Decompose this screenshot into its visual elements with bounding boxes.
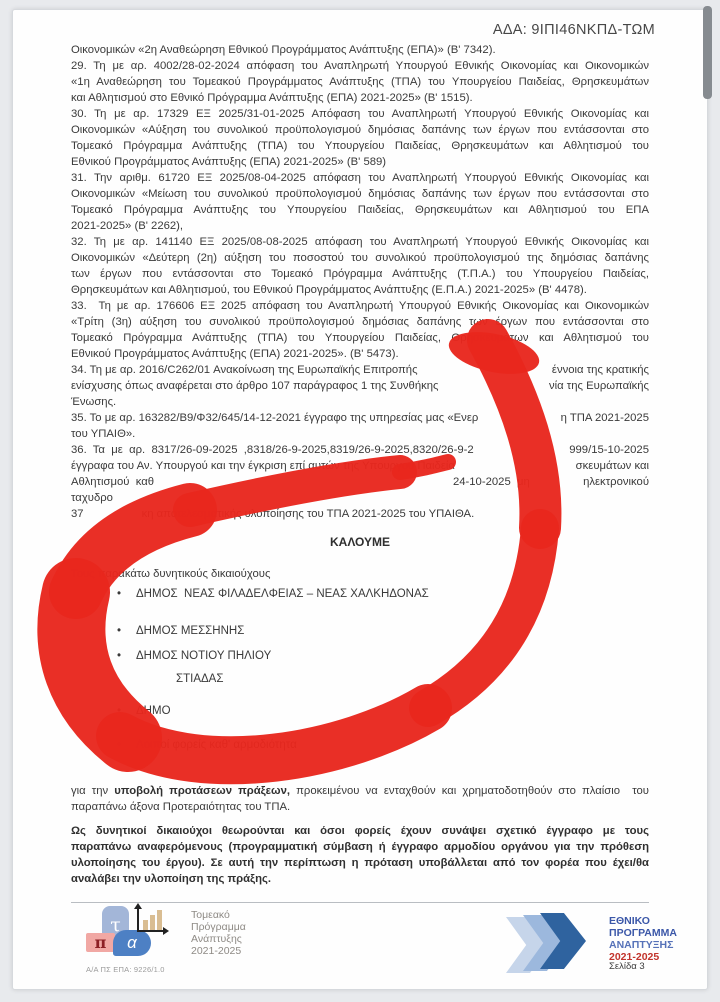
epa-text-line: ΑΝΑΠΤΥΞΗΣ	[609, 939, 677, 951]
paragraph-35: 35. Το με αρ. 163282/Β9/Φ32/645/14-12-20…	[71, 410, 649, 442]
page-number: Σελίδα 3	[609, 961, 645, 972]
document-line: Τομεακό Πρόγραμμα Ανάπτυξης του Υπουργεί…	[71, 202, 649, 218]
document-line: Εθνικού Προγράμματος Ανάπτυξης (ΕΠΑ) 202…	[71, 154, 649, 170]
text-segment: Ένωσης.	[71, 396, 116, 408]
registry-code: Α/Α ΠΣ ΕΠΑ: 9226/1.0	[86, 965, 165, 974]
text-segment: «Τρίτη (3η) αύξηση του συνολικού προϋπολ…	[71, 316, 649, 328]
text-segment: 34. Τη με αρ. 2016/C262/01 Ανακοίνωση τη…	[71, 362, 418, 378]
document-line: Τομεακό Πρόγραμμα Ανάπτυξης (ΤΠΑ) του Υπ…	[71, 330, 649, 346]
paragraph-32: 32. Τη με αρ. 141140 ΕΞ 2025/08-08-2025 …	[71, 234, 649, 298]
epa-text-line: ΕΘΝΙΚΟ	[609, 915, 677, 927]
scrollbar-thumb[interactable]	[703, 6, 712, 99]
epa-text-line: ΠΡΟΓΡΑΜΜΑ	[609, 927, 677, 939]
list-item: •ΔΗΜΟ	[71, 703, 649, 719]
epa-logo-text: ΕΘΝΙΚΟΠΡΟΓΡΑΜΜΑΑΝΑΠΤΥΞΗΣ2021-2025	[609, 915, 677, 963]
document-line: παραπάνω άξονα Προτεραιότητας του ΤΠΑ.	[71, 799, 649, 815]
text-segment: των έργων που εντάσσονται στο Τομεακό Πρ…	[71, 268, 649, 280]
text-segment: νία της Ευρωπαϊκής	[549, 378, 649, 394]
text-segment: Τομεακό Πρόγραμμα Ανάπτυξης (ΤΠΑ) του Υπ…	[71, 332, 649, 344]
text-segment: σκευμάτων και	[576, 458, 649, 474]
text-segment: Τομεακό Πρόγραμμα Ανάπτυξης του Υπουργεί…	[71, 204, 649, 216]
list-item-label: Λοιποί φορείς καθ' αρμοδιότητα	[136, 739, 297, 751]
document-line: «1η Αναθεώρηση του Τομεακού Προγράμματος…	[71, 74, 649, 90]
document-line: έγγραφα του Αν. Υπουργού και την έγκριση…	[71, 458, 649, 474]
text-segment: Οικονομικών «2η Αναθεώρηση Εθνικού Προγρ…	[71, 44, 496, 56]
text-segment: υποβολή προτάσεων πράξεων,	[114, 785, 290, 797]
list-item: •ΔΗΜΟΣ ΝΟΤΙΟΥ ΠΗΛΙΟΥ	[71, 648, 649, 664]
beneficiaries-intro: Τους παρακάτω δυνητικούς δικαιούχους	[71, 566, 649, 582]
text-segment: 2021-2025» (Β' 2262),	[71, 220, 183, 232]
text-segment: 30. Τη με αρ. 17329 ΕΞ 2025/31-01-2025 Α…	[71, 108, 649, 120]
kaloume-heading: ΚΑΛΟΥΜΕ	[71, 534, 649, 550]
document-line: Οικονομικών «2η Αναθεώρηση Εθνικού Προγρ…	[71, 42, 649, 58]
document-line: παραπάνω αναφερόμενους (προγραμματική σύ…	[71, 839, 649, 855]
text-segment: η ΤΠΑ 2021-2025	[561, 410, 649, 426]
list-item-label: ΔΗΜΟΣ ΝΕΑΣ ΦΙΛΑΔΕΛΦΕΙΑΣ – ΝΕΑΣ ΧΑΛΚΗΔΟΝΑ…	[136, 588, 429, 600]
list-item: •ΔΗΜΟΣ ΜΕΣΣΗΝΗΣ	[71, 623, 649, 639]
document-line: 2021-2025» (Β' 2262),	[71, 218, 649, 234]
list-item: ΣΤΙΑΔΑΣ	[71, 671, 649, 687]
document-line: 36. Τα με αρ. 8317/26-09-2025 ,8318/26-9…	[71, 442, 649, 458]
beneficiaries-list: •ΔΗΜΟΣ ΝΕΑΣ ΦΙΛΑΔΕΛΦΕΙΑΣ – ΝΕΑΣ ΧΑΛΚΗΔΟΝ…	[71, 586, 649, 753]
bullet-icon: •	[117, 648, 121, 664]
text-segment: 999/15-10-2025	[569, 442, 649, 458]
text-segment: 36. Τα με αρ. 8317/26-09-2025 ,8318/26-9…	[71, 442, 474, 458]
document-line: ταχυδρο	[71, 490, 649, 506]
tpa-text-line: 2021-2025	[191, 945, 246, 957]
tpa-logo-text: ΤομεακόΠρόγραμμαΑνάπτυξης2021-2025	[191, 909, 246, 957]
document-line: 31. Την αριθμ. 61720 ΕΞ 2025/08-04-2025 …	[71, 170, 649, 186]
list-item-label: ΔΗΜΟΣ ΝΟΤΙΟΥ ΠΗΛΙΟΥ	[136, 650, 271, 662]
document-line: 35. Το με αρ. 163282/Β9/Φ32/645/14-12-20…	[71, 410, 649, 426]
paragraph-30: 30. Τη με αρ. 17329 ΕΞ 2025/31-01-2025 Α…	[71, 106, 649, 170]
document-line: αναλάβει την υλοποίηση της πράξης.	[71, 871, 649, 887]
list-item-label: ΔΗΜΟ	[136, 705, 171, 717]
document-line: «Τρίτη (3η) αύξηση του συνολικού προϋπολ…	[71, 314, 649, 330]
text-segment: Οικονομικών «Αύξηση του συνολικού προϋπο…	[71, 124, 649, 136]
text-segment: Οικονομικών «Δεύτερη (2η) αύξηση του ποσ…	[71, 252, 649, 264]
text-segment: ηλεκτρονικού	[583, 474, 649, 490]
ada-code: ΑΔΑ: 9ΙΠΙ46ΝΚΠΔ-ΤΩΜ	[493, 22, 655, 38]
paragraph-29: 29. Τη με αρ. 4002/28-02-2024 απόφαση το…	[71, 58, 649, 106]
text-segment: 33. Τη με αρ. 176606 ΕΞ 2025 απόφαση του…	[71, 300, 649, 312]
document-line: για την υποβολή προτάσεων πράξεων, προκε…	[71, 783, 649, 799]
bar-chart-icon	[134, 906, 168, 934]
document-line: Εθνικού Προγράμματος Ανάπτυξης (ΕΠΑ) 202…	[71, 346, 649, 362]
list-item: •Λοιποί φορείς καθ' αρμοδιότητα	[71, 737, 649, 753]
text-segment: για την	[71, 785, 114, 797]
text-segment: και Αθλητισμού στο Εθνικό Πρόγραμμα Ανάπ…	[71, 92, 473, 104]
tpa-text-line: Ανάπτυξης	[191, 933, 246, 945]
paragraph-31: 31. Την αριθμ. 61720 ΕΞ 2025/08-04-2025 …	[71, 170, 649, 234]
document-line: υλοποίησης του έργου). Σε αυτή την περίπ…	[71, 855, 649, 871]
document-line: 30. Τη με αρ. 17329 ΕΞ 2025/31-01-2025 Α…	[71, 106, 649, 122]
tpa-text-line: Τομεακό	[191, 909, 246, 921]
text-segment: παραπάνω άξονα Προτεραιότητας του ΤΠΑ.	[71, 801, 290, 813]
text-segment: προκειμένου να ενταχθούν και χρηματοδοτη…	[290, 785, 649, 797]
text-segment: κη αποτελεσματικής υλοποίησης του ΤΠΑ 20…	[142, 508, 475, 520]
text-segment: 31. Την αριθμ. 61720 ΕΞ 2025/08-04-2025 …	[71, 172, 649, 184]
text-segment: 32. Τη με αρ. 141140 ΕΞ 2025/08-08-2025 …	[71, 236, 649, 248]
list-item-label: ΔΗΜΟΣ ΜΕΣΣΗΝΗΣ	[136, 625, 244, 637]
text-segment: έγγραφα του Αν. Υπουργού και την έγκριση…	[71, 458, 455, 474]
document-line: και Αθλητισμού στο Εθνικό Πρόγραμμα Ανάπ…	[71, 90, 649, 106]
text-segment: Ως δυνητικοί δικαιούχοι θεωρούνται και ό…	[71, 825, 649, 837]
text-segment: ταχυδρο	[71, 492, 113, 504]
tpa-text-line: Πρόγραμμα	[191, 921, 246, 933]
submission-call: για την υποβολή προτάσεων πράξεων, προκε…	[71, 783, 649, 815]
bullet-icon: •	[117, 737, 121, 753]
text-segment: του ΥΠΑΙΘ».	[71, 428, 135, 440]
paragraph-28-continuation: Οικονομικών «2η Αναθεώρηση Εθνικού Προγρ…	[71, 42, 649, 58]
text-segment: έννοια της κρατικής	[552, 362, 649, 378]
text-segment: αναλάβει την υλοποίηση της πράξης.	[71, 873, 271, 885]
bullet-icon: •	[117, 623, 121, 639]
document-body: Οικονομικών «2η Αναθεώρηση Εθνικού Προγρ…	[71, 42, 649, 903]
document-line: 33. Τη με αρ. 176606 ΕΞ 2025 απόφαση του…	[71, 298, 649, 314]
document-line: Τομεακό Πρόγραμμα Ανάπτυξης (ΤΠΑ) του Υπ…	[71, 138, 649, 154]
tpa-logo: τ π α	[86, 906, 194, 960]
bullet-icon: •	[117, 586, 121, 602]
tpa-pi-tile: π	[86, 933, 115, 952]
text-segment: παραπάνω αναφερόμενους (προγραμματική σύ…	[71, 841, 649, 853]
document-line: 37κη αποτελεσματικής υλοποίησης του ΤΠΑ …	[71, 506, 649, 522]
document-line: του ΥΠΑΙΘ».	[71, 426, 649, 442]
document-line: Αθλητισμού καθ24-10-2025 μηηλεκτρονικού	[71, 474, 649, 490]
text-segment: Τομεακό Πρόγραμμα Ανάπτυξης (ΤΠΑ) του Υπ…	[71, 140, 649, 152]
text-segment: Οικονομικών «Μείωση του συνολικού προϋπο…	[71, 188, 649, 200]
footer-separator	[71, 902, 649, 903]
document-line: Οικονομικών «Αύξηση του συνολικού προϋπο…	[71, 122, 649, 138]
document-line: Οικονομικών «Μείωση του συνολικού προϋπο…	[71, 186, 649, 202]
text-segment: Θρησκευμάτων και Αθλητισμού, του Εθνικού…	[71, 284, 587, 296]
text-segment: Αθλητισμού καθ	[71, 474, 154, 490]
text-segment: 29. Τη με αρ. 4002/28-02-2024 απόφαση το…	[71, 60, 649, 72]
document-line: Θρησκευμάτων και Αθλητισμού, του Εθνικού…	[71, 282, 649, 298]
document-line: Ως δυνητικοί δικαιούχοι θεωρούνται και ό…	[71, 823, 649, 839]
text-segment: 37	[71, 508, 84, 520]
text-segment: υλοποίησης του έργου). Σε αυτή την περίπ…	[71, 857, 649, 869]
eligibility-note: Ως δυνητικοί δικαιούχοι θεωρούνται και ό…	[71, 823, 649, 887]
text-segment: 35. Το με αρ. 163282/Β9/Φ32/645/14-12-20…	[71, 410, 478, 426]
document-line: ενίσχυσης όπως αναφέρεται στο άρθρο 107 …	[71, 378, 649, 394]
text-segment: ενίσχυσης όπως αναφέρεται στο άρθρο 107 …	[71, 378, 438, 394]
list-item-label: ΣΤΙΑΔΑΣ	[176, 673, 223, 685]
list-item: •ΔΗΜΟΣ ΝΕΑΣ ΦΙΛΑΔΕΛΦΕΙΑΣ – ΝΕΑΣ ΧΑΛΚΗΔΟΝ…	[71, 586, 649, 602]
bullet-icon: •	[117, 703, 121, 719]
text-segment: Εθνικού Προγράμματος Ανάπτυξης (ΕΠΑ) 202…	[71, 348, 399, 360]
paragraph-36: 36. Τα με αρ. 8317/26-09-2025 ,8318/26-9…	[71, 442, 649, 506]
text-segment: «1η Αναθεώρηση του Τομεακού Προγράμματος…	[71, 76, 649, 88]
document-line: των έργων που εντάσσονται στο Τομεακό Πρ…	[71, 266, 649, 282]
document-line: Οικονομικών «Δεύτερη (2η) αύξηση του ποσ…	[71, 250, 649, 266]
epa-logo	[506, 913, 602, 973]
document-viewer: { "colors": { "marker": "#e8261d", "epa_…	[0, 0, 720, 1002]
document-page: ΑΔΑ: 9ΙΠΙ46ΝΚΠΔ-ΤΩΜ Οικονομικών «2η Αναθ…	[12, 9, 708, 990]
document-line: 32. Τη με αρ. 141140 ΕΞ 2025/08-08-2025 …	[71, 234, 649, 250]
text-segment: Εθνικού Προγράμματος Ανάπτυξης (ΕΠΑ) 202…	[71, 156, 386, 168]
paragraph-34: 34. Τη με αρ. 2016/C262/01 Ανακοίνωση τη…	[71, 362, 649, 410]
paragraph-37: 37κη αποτελεσματικής υλοποίησης του ΤΠΑ …	[71, 506, 649, 522]
text-segment: 24-10-2025 μη	[453, 474, 530, 490]
document-line: 29. Τη με αρ. 4002/28-02-2024 απόφαση το…	[71, 58, 649, 74]
document-line: Ένωσης.	[71, 394, 649, 410]
document-line: 34. Τη με αρ. 2016/C262/01 Ανακοίνωση τη…	[71, 362, 649, 378]
paragraph-33: 33. Τη με αρ. 176606 ΕΞ 2025 απόφαση του…	[71, 298, 649, 362]
